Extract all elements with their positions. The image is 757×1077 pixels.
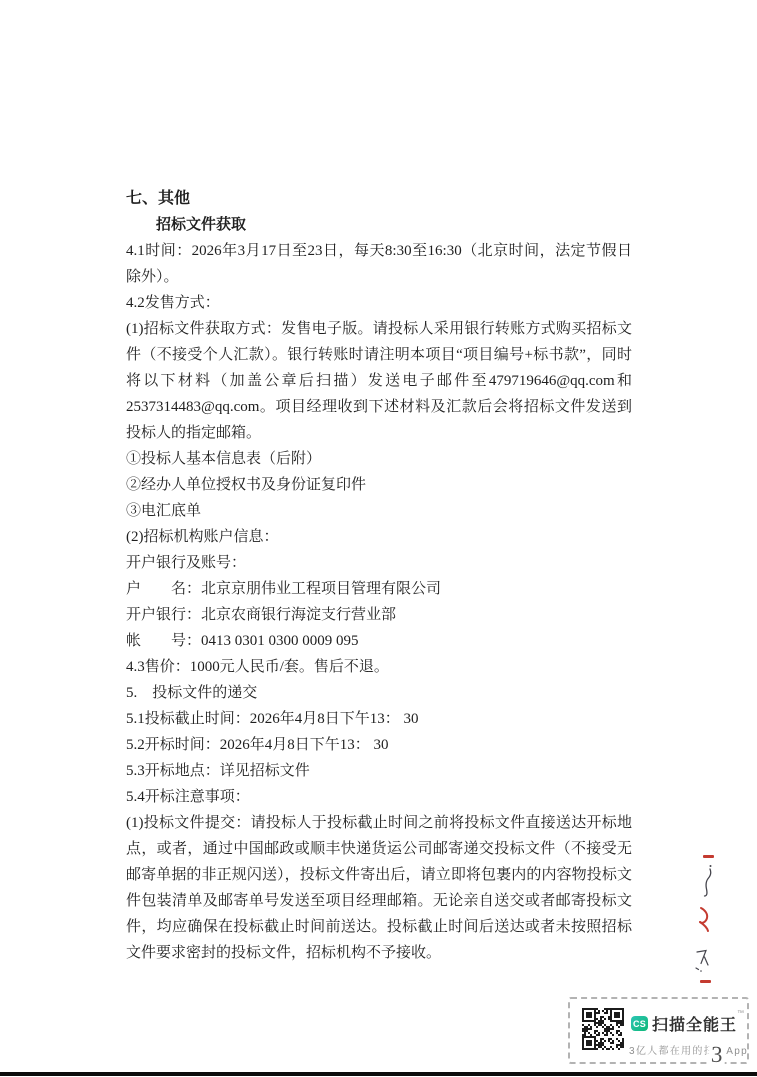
account-number: 帐 号：0413 0301 0300 0009 095 — [126, 628, 632, 654]
pen-squiggle-mark — [705, 865, 712, 896]
clause-4-2-2: (2)招标机构账户信息： — [126, 524, 632, 550]
clause-5-4-notes: 5.4开标注意事项： — [126, 784, 632, 810]
clause-5-3-place: 5.3开标地点：详见招标文件 — [126, 758, 632, 784]
account-name: 户 名：北京京朋伟业工程项目管理有限公司 — [126, 576, 632, 602]
red-dash-mark-2 — [700, 980, 711, 983]
account-header: 开户银行及账号： — [126, 550, 632, 576]
clause-5-4-1: (1)投标文件提交：请投标人于投标截止时间之前将投标文件直接送达开标地点，或者，… — [126, 810, 632, 966]
clause-5-1-deadline: 5.1投标截止时间：2026年4月8日下午13： 30 — [126, 706, 632, 732]
clause-4-2-1: (1)招标文件获取方式：发售电子版。请投标人采用银行转账方式购买招标文件（不接受… — [126, 316, 632, 446]
clause-4-1-time: 4.1时间：2026年3月17日至23日，每天8:30至16:30（北京时间，法… — [126, 238, 632, 290]
page-number: 3 — [709, 1042, 725, 1069]
scan-edge-bar — [0, 1072, 757, 1076]
clause-4-2-method: 4.2发售方式： — [126, 290, 632, 316]
clause-4-3-price: 4.3售价：1000元人民币/套。售后不退。 — [126, 654, 632, 680]
red-dash-mark-1 — [703, 855, 714, 858]
required-item-2: ②经办人单位授权书及身份证复印件 — [126, 472, 632, 498]
handwritten-margin-marks — [691, 849, 719, 991]
trademark-symbol: ™ — [737, 1010, 744, 1017]
pen-scribble-mark — [696, 951, 708, 972]
clause-5-2-opening: 5.2开标时间：2026年4月8日下午13： 30 — [126, 732, 632, 758]
red-check-mark — [700, 908, 708, 931]
camscanner-brand-row: CS 扫描全能王 ™ — [631, 1012, 744, 1035]
scanned-document-page: 七、其他招标文件获取4.1时间：2026年3月17日至23日，每天8:30至16… — [0, 0, 757, 1077]
required-item-1: ①投标人基本信息表（后附） — [126, 446, 632, 472]
required-item-3: ③电汇底单 — [126, 498, 632, 524]
camscanner-logo-icon: CS — [631, 1016, 648, 1031]
document-body: 七、其他招标文件获取4.1时间：2026年3月17日至23日，每天8:30至16… — [126, 186, 632, 966]
section-heading: 七、其他 — [126, 186, 632, 212]
clause-5-heading: 5. 投标文件的递交 — [126, 680, 632, 706]
camscanner-brand-name: 扫描全能王 — [652, 1012, 737, 1035]
camscanner-tagline: 3亿人都在用的扫描App — [629, 1042, 748, 1057]
account-bank: 开户银行：北京农商银行海淀支行营业部 — [126, 602, 632, 628]
sub-heading: 招标文件获取 — [126, 212, 632, 238]
qr-code-icon — [582, 1008, 624, 1050]
